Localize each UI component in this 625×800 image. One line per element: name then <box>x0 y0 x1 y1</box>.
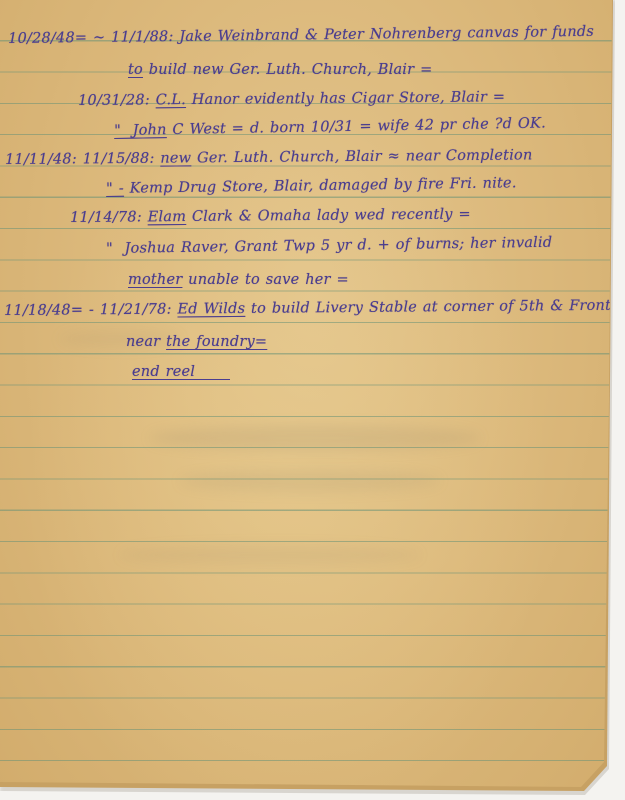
note-text: " Joshua Raver, Grant Twp 5 yr d. + of b… <box>106 235 552 257</box>
handwritten-line-3: 10/31/28: C.L. Hanor evidently has Cigar… <box>78 89 505 109</box>
handwritten-line-12: end reel <box>132 364 230 380</box>
handwritten-line-9: mother unable to save her = <box>128 272 349 288</box>
handwritten-line-11: near the foundry= <box>126 334 267 350</box>
note-text: Kemp Drug Store, Blair, damaged by fire … <box>124 175 517 196</box>
underlined-text: Elam <box>148 209 187 225</box>
underlined-text: " John <box>114 122 167 139</box>
underlined-text: end reel <box>132 364 230 380</box>
handwritten-line-1: 10/28/48= ~ 11/1/88: Jake Weinbrand & Pe… <box>8 24 594 47</box>
note-text: Ger. Luth. Church, Blair ≈ near Completi… <box>191 147 532 166</box>
handwritten-line-5: 11/11/48: 11/15/88: new Ger. Luth. Churc… <box>5 147 533 168</box>
note-text: build new Ger. Luth. Church, Blair = <box>143 62 432 78</box>
note-text: to build Livery Stable at corner of 5th … <box>245 298 625 317</box>
underlined-text: the foundry= <box>166 334 267 350</box>
scanned-page: 10/28/48= ~ 11/1/88: Jake Weinbrand & Pe… <box>0 0 625 800</box>
handwritten-line-4: " John C West = d. born 10/31 = wife 42 … <box>114 115 546 139</box>
handwritten-notes: 10/28/48= ~ 11/1/88: Jake Weinbrand & Pe… <box>0 0 625 800</box>
underlined-text: C.L. <box>156 92 186 108</box>
handwritten-line-6: " - Kemp Drug Store, Blair, damaged by f… <box>106 175 517 197</box>
underlined-text: Ed Wilds <box>177 301 245 318</box>
note-text: C West = d. born 10/31 = wife 42 pr che … <box>167 115 547 138</box>
handwritten-line-10: 11/18/48= - 11/21/78: Ed Wilds to build … <box>4 298 625 319</box>
handwritten-line-8: " Joshua Raver, Grant Twp 5 yr d. + of b… <box>106 235 552 257</box>
underlined-text: " - <box>106 181 124 197</box>
underlined-text: mother <box>128 272 182 288</box>
handwritten-line-2: to build new Ger. Luth. Church, Blair = <box>128 62 432 78</box>
note-text: Clark & Omaha lady wed recently = <box>186 207 471 225</box>
note-text: 10/28/48= ~ 11/1/88: Jake Weinbrand & Pe… <box>8 24 594 47</box>
note-text: near <box>126 334 166 350</box>
notebook-paper: 10/28/48= ~ 11/1/88: Jake Weinbrand & Pe… <box>0 0 625 800</box>
handwritten-line-7: 11/14/78: Elam Clark & Omaha lady wed re… <box>70 207 471 226</box>
note-text: unable to save her = <box>182 272 348 288</box>
note-text: 11/11/48: 11/15/88: <box>5 151 160 168</box>
note-text: Hanor evidently has Cigar Store, Blair = <box>186 89 505 108</box>
note-text: 11/18/48= - 11/21/78: <box>4 301 178 319</box>
underlined-text: to <box>128 62 143 78</box>
underlined-text: new <box>160 150 191 166</box>
note-text: 10/31/28: <box>78 92 156 109</box>
note-text: 11/14/78: <box>70 209 148 226</box>
